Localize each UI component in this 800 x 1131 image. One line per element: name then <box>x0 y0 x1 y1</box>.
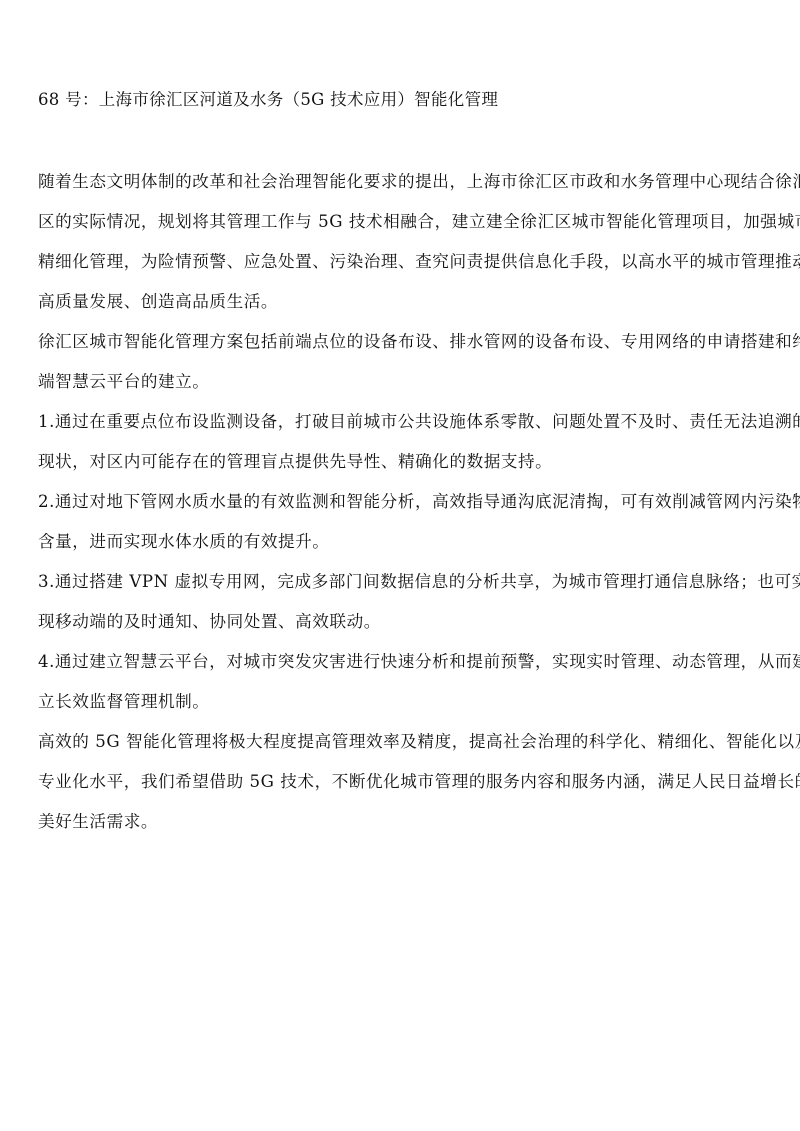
paragraph-conclusion: 高效的 5G 智能化管理将极大程度提高管理效率及精度，提高社会治理的科学化、精细… <box>38 730 768 850</box>
text-line: 精细化管理，为险情预警、应急处置、污染治理、查究问责提供信息化手段，以高水平的城… <box>38 250 768 290</box>
paragraph-item-2: 2.通过对地下管网水质水量的有效监测和智能分析，高效指导通沟底泥清掏，可有效削减… <box>38 490 768 570</box>
text-line: 4.通过建立智慧云平台，对城市突发灾害进行快速分析和提前预警，实现实时管理、动态… <box>38 650 768 690</box>
text-line: 专业化水平，我们希望借助 5G 技术，不断优化城市管理的服务内容和服务内涵，满足… <box>38 770 768 810</box>
paragraph-intro: 随着生态文明体制的改革和社会治理智能化要求的提出，上海市徐汇区市政和水务管理中心… <box>38 170 768 330</box>
text-line: 立长效监督管理机制。 <box>38 690 768 730</box>
text-line: 现移动端的及时通知、协同处置、高效联动。 <box>38 610 768 650</box>
text-line: 3.通过搭建 VPN 虚拟专用网，完成多部门间数据信息的分析共享，为城市管理打通… <box>38 570 768 610</box>
text-line: 含量，进而实现水体水质的有效提升。 <box>38 530 768 570</box>
text-line: 2.通过对地下管网水质水量的有效监测和智能分析，高效指导通沟底泥清掏，可有效削减… <box>38 490 768 530</box>
text-line: 随着生态文明体制的改革和社会治理智能化要求的提出，上海市徐汇区市政和水务管理中心… <box>38 170 768 210</box>
text-line: 徐汇区城市智能化管理方案包括前端点位的设备布设、排水管网的设备布设、专用网络的申… <box>38 330 768 370</box>
paragraph-scope: 徐汇区城市智能化管理方案包括前端点位的设备布设、排水管网的设备布设、专用网络的申… <box>38 330 768 410</box>
paragraph-item-3: 3.通过搭建 VPN 虚拟专用网，完成多部门间数据信息的分析共享，为城市管理打通… <box>38 570 768 650</box>
document-page: 68 号：上海市徐汇区河道及水务（5G 技术应用）智能化管理 随着生态文明体制的… <box>0 0 800 1131</box>
text-line: 端智慧云平台的建立。 <box>38 370 768 410</box>
document-title: 68 号：上海市徐汇区河道及水务（5G 技术应用）智能化管理 <box>38 89 498 111</box>
document-body: 随着生态文明体制的改革和社会治理智能化要求的提出，上海市徐汇区市政和水务管理中心… <box>38 170 768 850</box>
text-line: 高效的 5G 智能化管理将极大程度提高管理效率及精度，提高社会治理的科学化、精细… <box>38 730 768 770</box>
text-line: 区的实际情况，规划将其管理工作与 5G 技术相融合，建立建全徐汇区城市智能化管理… <box>38 210 768 250</box>
paragraph-item-1: 1.通过在重要点位布设监测设备，打破目前城市公共设施体系零散、问题处置不及时、责… <box>38 410 768 490</box>
text-line: 现状，对区内可能存在的管理盲点提供先导性、精确化的数据支持。 <box>38 450 768 490</box>
text-line: 1.通过在重要点位布设监测设备，打破目前城市公共设施体系零散、问题处置不及时、责… <box>38 410 768 450</box>
text-line: 高质量发展、创造高品质生活。 <box>38 290 768 330</box>
text-line: 美好生活需求。 <box>38 810 768 850</box>
paragraph-item-4: 4.通过建立智慧云平台，对城市突发灾害进行快速分析和提前预警，实现实时管理、动态… <box>38 650 768 730</box>
